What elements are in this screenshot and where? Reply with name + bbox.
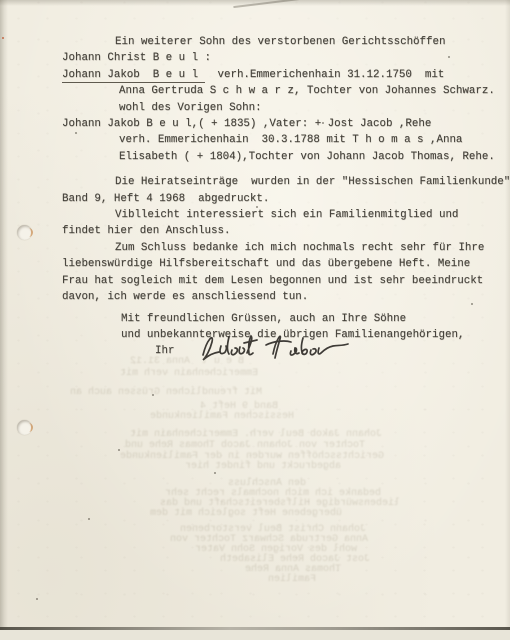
ghost-text-line: Tochter von Johann Jacob Thomas Rehe und — [125, 440, 365, 451]
letter-line: Frau hat sogleich mit dem Lesen begonnen… — [62, 273, 506, 289]
punch-hole — [17, 420, 32, 435]
letter-line: davon, ich werde es anschliessend tun. — [62, 289, 506, 305]
letter-line: Anna Gertruda S c h w a r z, Tochter von… — [62, 83, 506, 99]
dust-speck — [36, 598, 38, 600]
ghost-text-line: Familien — [268, 574, 316, 585]
letter-line: Band 9, Heft 4 1968 abgedruckt. — [62, 191, 506, 207]
letter-line: liebenswürdige Hilfsbereitschaft und das… — [62, 256, 506, 272]
underlined-name: Johann Jakob B e u l — [62, 69, 205, 83]
letter-line: Johann Christ B e u l : — [62, 50, 506, 66]
letter-line: Johann Jakob B e u l,( + 1835) ,Vater: +… — [62, 116, 506, 132]
ghost-text-line: Hessischen Familienkunde — [150, 411, 294, 422]
scan-edge-left — [0, 0, 8, 640]
letter-body: Ein weiterer Sohn des verstorbenen Geric… — [62, 34, 506, 360]
letter-line-rest: verh.Emmerichenhain 31.12.1750 mit — [205, 69, 445, 81]
dust-speck — [214, 472, 216, 474]
dust-speck — [88, 518, 90, 520]
punch-hole — [17, 225, 32, 240]
ghost-text-line: B e u l Anna 31.12 — [130, 356, 244, 367]
ghost-text-line: Mit freundlichen Grüssen auch an — [70, 387, 262, 398]
letter-line: Ein weiterer Sohn des verstorbenen Geric… — [62, 34, 506, 50]
ghost-text-line: übergebene Heft sogleich mit dem — [150, 508, 342, 519]
letter-line: Zum Schluss bedanke ich mich nochmals re… — [62, 240, 506, 256]
dust-speck — [2, 37, 4, 39]
letter-line: verh. Emmerichenhain 30.3.1788 mit T h o… — [62, 132, 506, 148]
ghost-text-line: Johann Jakob Beul verh. Emmerichenhain m… — [130, 429, 382, 440]
letter-line: Die Heiratseinträge wurden in der "Hessi… — [62, 174, 506, 190]
ghost-text-line: abgedruckt und findet hier — [185, 461, 341, 472]
letter-line-underlined-name: Johann Jakob B e u l verh.Emmerichenhain… — [62, 67, 506, 83]
scanned-letter-page: Ein weiterer Sohn des verstorbenen Geric… — [0, 0, 510, 640]
letter-line: Mit freundlichen Grüssen, auch an Ihre S… — [62, 311, 506, 327]
ghost-text-line: Emmerichenhain verh mit — [120, 368, 258, 379]
letter-line: findet hier den Anschluss. — [62, 223, 506, 239]
letter-line: wohl des Vorigen Sohn: — [62, 100, 506, 116]
letter-line: Viblleicht interessiert sich ein Familie… — [62, 207, 506, 223]
letter-line: Elisabeth ( + 1804),Tochter von Johann J… — [62, 149, 506, 165]
scan-edge-bottom-strip — [0, 630, 510, 640]
